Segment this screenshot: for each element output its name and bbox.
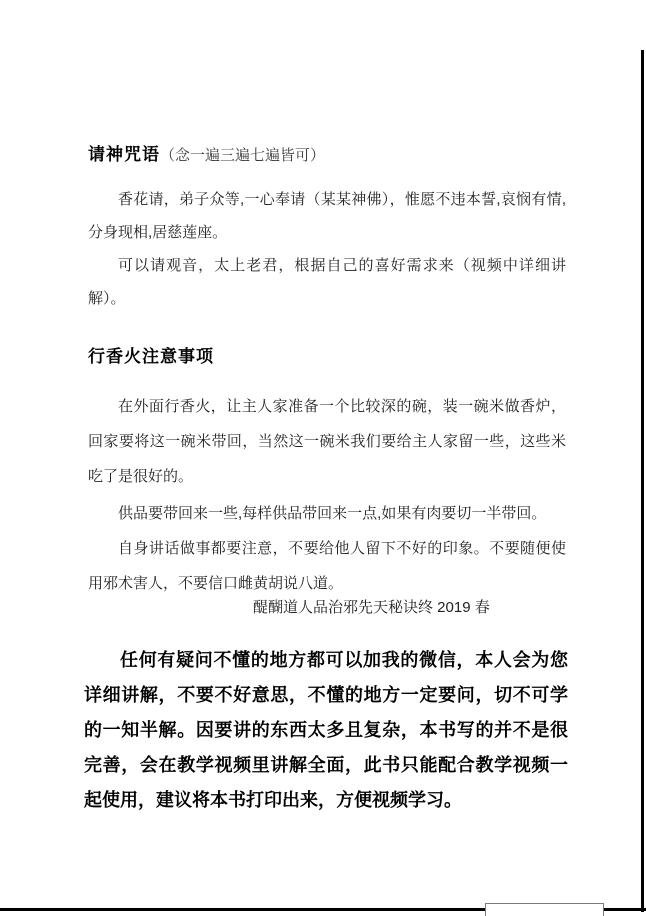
incense-paragraph-1: 在外面行香火，让主人家准备一个比较深的碗，装一碗米做香炉，回家要将这一碗米带回，… <box>88 389 566 494</box>
heading-invite-title: 请神咒语 <box>88 145 160 164</box>
horizontal-scrollbar-thumb[interactable] <box>485 903 604 916</box>
contact-notice-paragraph: 任何有疑问不懂的地方都可以加我的微信，本人会为您详细讲解，不要不好意思，不懂的地… <box>84 643 568 818</box>
incense-paragraph-3: 自身讲话做事都要注意，不要给他人留下不好的印象。不要随便使用邪术害人，不要信口雌… <box>88 531 566 601</box>
document-page: 请神咒语（念一遍三遍七遍皆可） 香花请，弟子众等,一心奉请（某某神佛），惟愿不违… <box>0 0 646 916</box>
invite-paragraph-1: 香花请，弟子众等,一心奉请（某某神佛），惟愿不违本誓,哀悯有情,分身现相,居慈莲… <box>88 183 566 249</box>
colophon-line: 醍醐道人品治邪先天秘诀终 2019 春 <box>253 596 490 617</box>
section-heading-incense: 行香火注意事项 <box>88 342 214 367</box>
page-edge-line-right <box>641 50 644 912</box>
invite-paragraph-2: 可以请观音，太上老君，根据自己的喜好需求来（视频中详细讲解）。 <box>88 249 566 315</box>
section-heading-invite: 请神咒语（念一遍三遍七遍皆可） <box>88 140 325 165</box>
incense-paragraph-2: 供品要带回来一些,每样供品带回来一点,如果有肉要切一半带回。 <box>88 496 566 531</box>
heading-invite-note: （念一遍三遍七遍皆可） <box>160 147 325 164</box>
